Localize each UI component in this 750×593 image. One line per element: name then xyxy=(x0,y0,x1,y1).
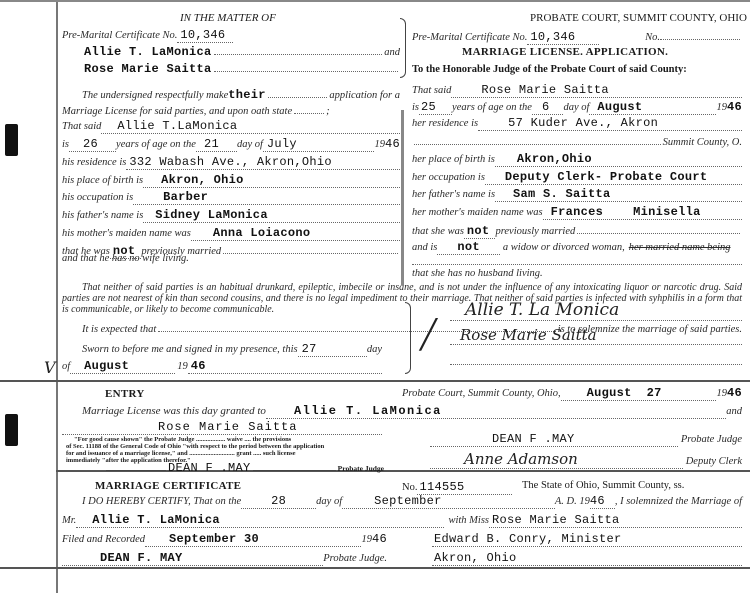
left-margin-rule xyxy=(56,0,58,593)
sworn-month-line: of August 19 46 xyxy=(62,359,382,374)
certify-line: I DO HEREBY CERTIFY, That on the 28 day … xyxy=(82,494,742,509)
column-divider xyxy=(401,110,404,285)
bride-county: Summit County, O. xyxy=(663,137,742,148)
entry-clerk-line: Anne Adamson Deputy Clerk xyxy=(430,450,742,469)
groom-birthplace: Akron, Ohio xyxy=(143,173,400,188)
entry-judge: DEAN F .MAY xyxy=(430,432,678,447)
premarital-cert-right: Pre-Marital Certificate No. 10,346 No. xyxy=(412,29,740,45)
bride-birth-line: her place of birth is Akron,Ohio xyxy=(412,152,742,167)
groom-residence: 332 Wabash Ave., Akron,Ohio xyxy=(126,155,400,170)
groom-age: 26 xyxy=(69,137,116,152)
certificate-number: 114555 xyxy=(417,480,512,495)
certificate-day: 28 xyxy=(241,494,316,509)
intro-value: their xyxy=(228,88,266,102)
groom-occupation: Barber xyxy=(133,190,400,205)
cert-judge-line: DEAN F. MAY Probate Judge. xyxy=(62,551,387,566)
sworn-month: August xyxy=(70,359,175,374)
names-brace xyxy=(400,18,406,78)
mr-line: Mr. Allie T. LaMonica with Miss Rose Mar… xyxy=(62,513,742,528)
bride-county-line: Summit County, O. xyxy=(412,134,742,148)
premarital-cert-left: Pre-Marital Certificate No. 10,346 xyxy=(62,28,242,43)
bride-residence-line: her residence is 57 Kuder Ave., Akron xyxy=(412,116,742,131)
binder-mark-bottom xyxy=(5,414,18,446)
cert-label: Pre-Marital Certificate No. xyxy=(62,30,177,41)
sworn-year: 46 xyxy=(188,359,382,374)
bottom-rule xyxy=(0,567,750,569)
signature-brace xyxy=(405,302,411,374)
entry-granted-line: Marriage License was this day granted to… xyxy=(82,404,742,419)
certificate-bride: Rose Marie Saitta xyxy=(489,513,742,528)
bride-married-value: not xyxy=(464,224,496,239)
bride-occupation: Deputy Clerk- Probate Court xyxy=(485,170,742,185)
location-line: Akron, Ohio xyxy=(432,551,742,566)
bride-residence: 57 Kuder Ave., Akron xyxy=(478,116,742,131)
bride-day: 6 xyxy=(532,100,564,115)
minister-line: Edward B. Conry, Minister xyxy=(432,532,742,547)
bride-mother: Frances Minisella xyxy=(543,205,742,220)
groom-month: July xyxy=(263,137,375,152)
groom-name-line: That said Allie T.LaMonica xyxy=(62,119,400,134)
cert-number: 10,346 xyxy=(177,28,233,43)
struck-married-name: her married name being xyxy=(629,242,731,253)
top-rule xyxy=(0,0,750,2)
bride-name: Rose Marie Saitta xyxy=(451,83,742,98)
entry-bride-line: Rose Marie Saitta xyxy=(62,420,382,435)
certificate-judge: DEAN F. MAY xyxy=(62,551,323,566)
groom-occupation-line: his occupation is Barber xyxy=(62,190,400,205)
groom-father-line: his father's name is Sidney LaMonica xyxy=(62,208,400,223)
entry-judge-line: DEAN F .MAY Probate Judge xyxy=(430,432,742,447)
bride-year: 46 xyxy=(727,100,742,114)
bride-widow-line: and is not a widow or divorced woman, he… xyxy=(412,240,742,255)
no-wife-living: and that he has no wife living. xyxy=(62,253,189,264)
entry-year: 46 xyxy=(727,386,742,400)
groom-mother-line: his mother's maiden name was Anna Loiaco… xyxy=(62,226,400,241)
minister-name: Edward B. Conry, Minister xyxy=(432,532,742,547)
header-groom-line: Allie T. LaMonica and xyxy=(62,44,400,59)
entry-title: ENTRY xyxy=(105,388,145,400)
binder-mark-top xyxy=(5,124,18,156)
certificate-groom: Allie T. LaMonica xyxy=(76,513,444,528)
certificate-number-line: No. 114555 xyxy=(402,480,512,495)
bride-age: 25 xyxy=(419,100,452,115)
state-label: The State of Ohio, Summit County, ss. xyxy=(522,480,684,491)
bride-father: Sam S. Saitta xyxy=(495,187,742,202)
left-title: IN THE MATTER OF xyxy=(180,12,276,24)
entry-clerk-signature: Anne Adamson xyxy=(430,450,683,469)
entry-date: August 27 xyxy=(561,386,717,401)
approval-check-icon: ╱ xyxy=(420,318,437,351)
sworn-line: Sworn to before me and signed in my pres… xyxy=(82,342,382,357)
court-title: PROBATE COURT, SUMMIT COUNTY, OHIO xyxy=(530,12,747,24)
entry-bride: Rose Marie Saitta xyxy=(62,420,382,435)
and-label: and xyxy=(384,47,400,58)
bride-married-line: that she was not previously married xyxy=(412,223,742,239)
groom-father: Sidney LaMonica xyxy=(143,208,400,223)
bride-month: August xyxy=(589,100,716,115)
bride-widow-value: not xyxy=(437,240,500,255)
groom-year: 46 xyxy=(385,137,400,151)
bride-name-line: That said Rose Marie Saitta xyxy=(412,83,742,98)
header-groom: Allie T. LaMonica xyxy=(84,45,212,59)
groom-age-line: is 26 years of age on the 21 day of July… xyxy=(62,137,400,152)
bride-birthplace: Akron,Ohio xyxy=(495,152,742,167)
sworn-day: 27 xyxy=(298,342,367,357)
certificate-year: 46 xyxy=(590,494,615,509)
entry-court-line: Probate Court, Summit County, Ohio, Augu… xyxy=(402,386,742,401)
entry-groom: Allie T. LaMonica xyxy=(266,404,726,419)
fine-print-judge-line: DEAN F .MAY Probate Judge xyxy=(104,460,384,475)
groom-day: 21 xyxy=(196,137,237,152)
header-bride-line: Rose Marie Saitta xyxy=(62,61,400,76)
expected-line: It is expected that is to solemnize the … xyxy=(82,321,742,335)
certificate-location: Akron, Ohio xyxy=(432,551,742,566)
entry-divider xyxy=(0,380,750,382)
groom-birth-line: his place of birth is Akron, Ohio xyxy=(62,173,400,188)
header-bride: Rose Marie Saitta xyxy=(84,62,212,76)
bride-age-line: is 25 years of age on the 6 day of Augus… xyxy=(412,100,742,115)
filed-year: 46 xyxy=(372,532,387,546)
certificate-month: September xyxy=(342,494,555,509)
groom-mother: Anna Loiacono xyxy=(191,226,400,241)
bride-father-line: her father's name is Sam S. Saitta xyxy=(412,187,742,202)
certificate-title: MARRIAGE CERTIFICATE xyxy=(95,480,241,492)
cert-number-right: 10,346 xyxy=(527,30,599,45)
oath-paragraph: That neither of said parties is an habit… xyxy=(62,282,742,315)
groom-signature: Allie T. La Monica xyxy=(465,300,619,320)
no-husband-living: that she has no husband living. xyxy=(412,268,543,279)
filed-date: September 30 xyxy=(145,532,361,547)
application-title: MARRIAGE LICENSE. APPLICATION. xyxy=(462,46,668,58)
check-mark-icon: V xyxy=(44,358,56,377)
groom-residence-line: his residence is 332 Wabash Ave., Akron,… xyxy=(62,155,400,170)
to-judge-heading: To the Honorable Judge of the Probate Co… xyxy=(412,64,687,75)
fine-judge: DEAN F .MAY xyxy=(168,461,251,475)
groom-name: Allie T.LaMonica xyxy=(101,119,400,134)
filed-line: Filed and Recorded September 30 19 46 xyxy=(62,532,387,547)
bride-mother-line: her mother's maiden name was Frances Min… xyxy=(412,205,742,220)
bride-occupation-line: her occupation is Deputy Clerk- Probate … xyxy=(412,170,742,185)
